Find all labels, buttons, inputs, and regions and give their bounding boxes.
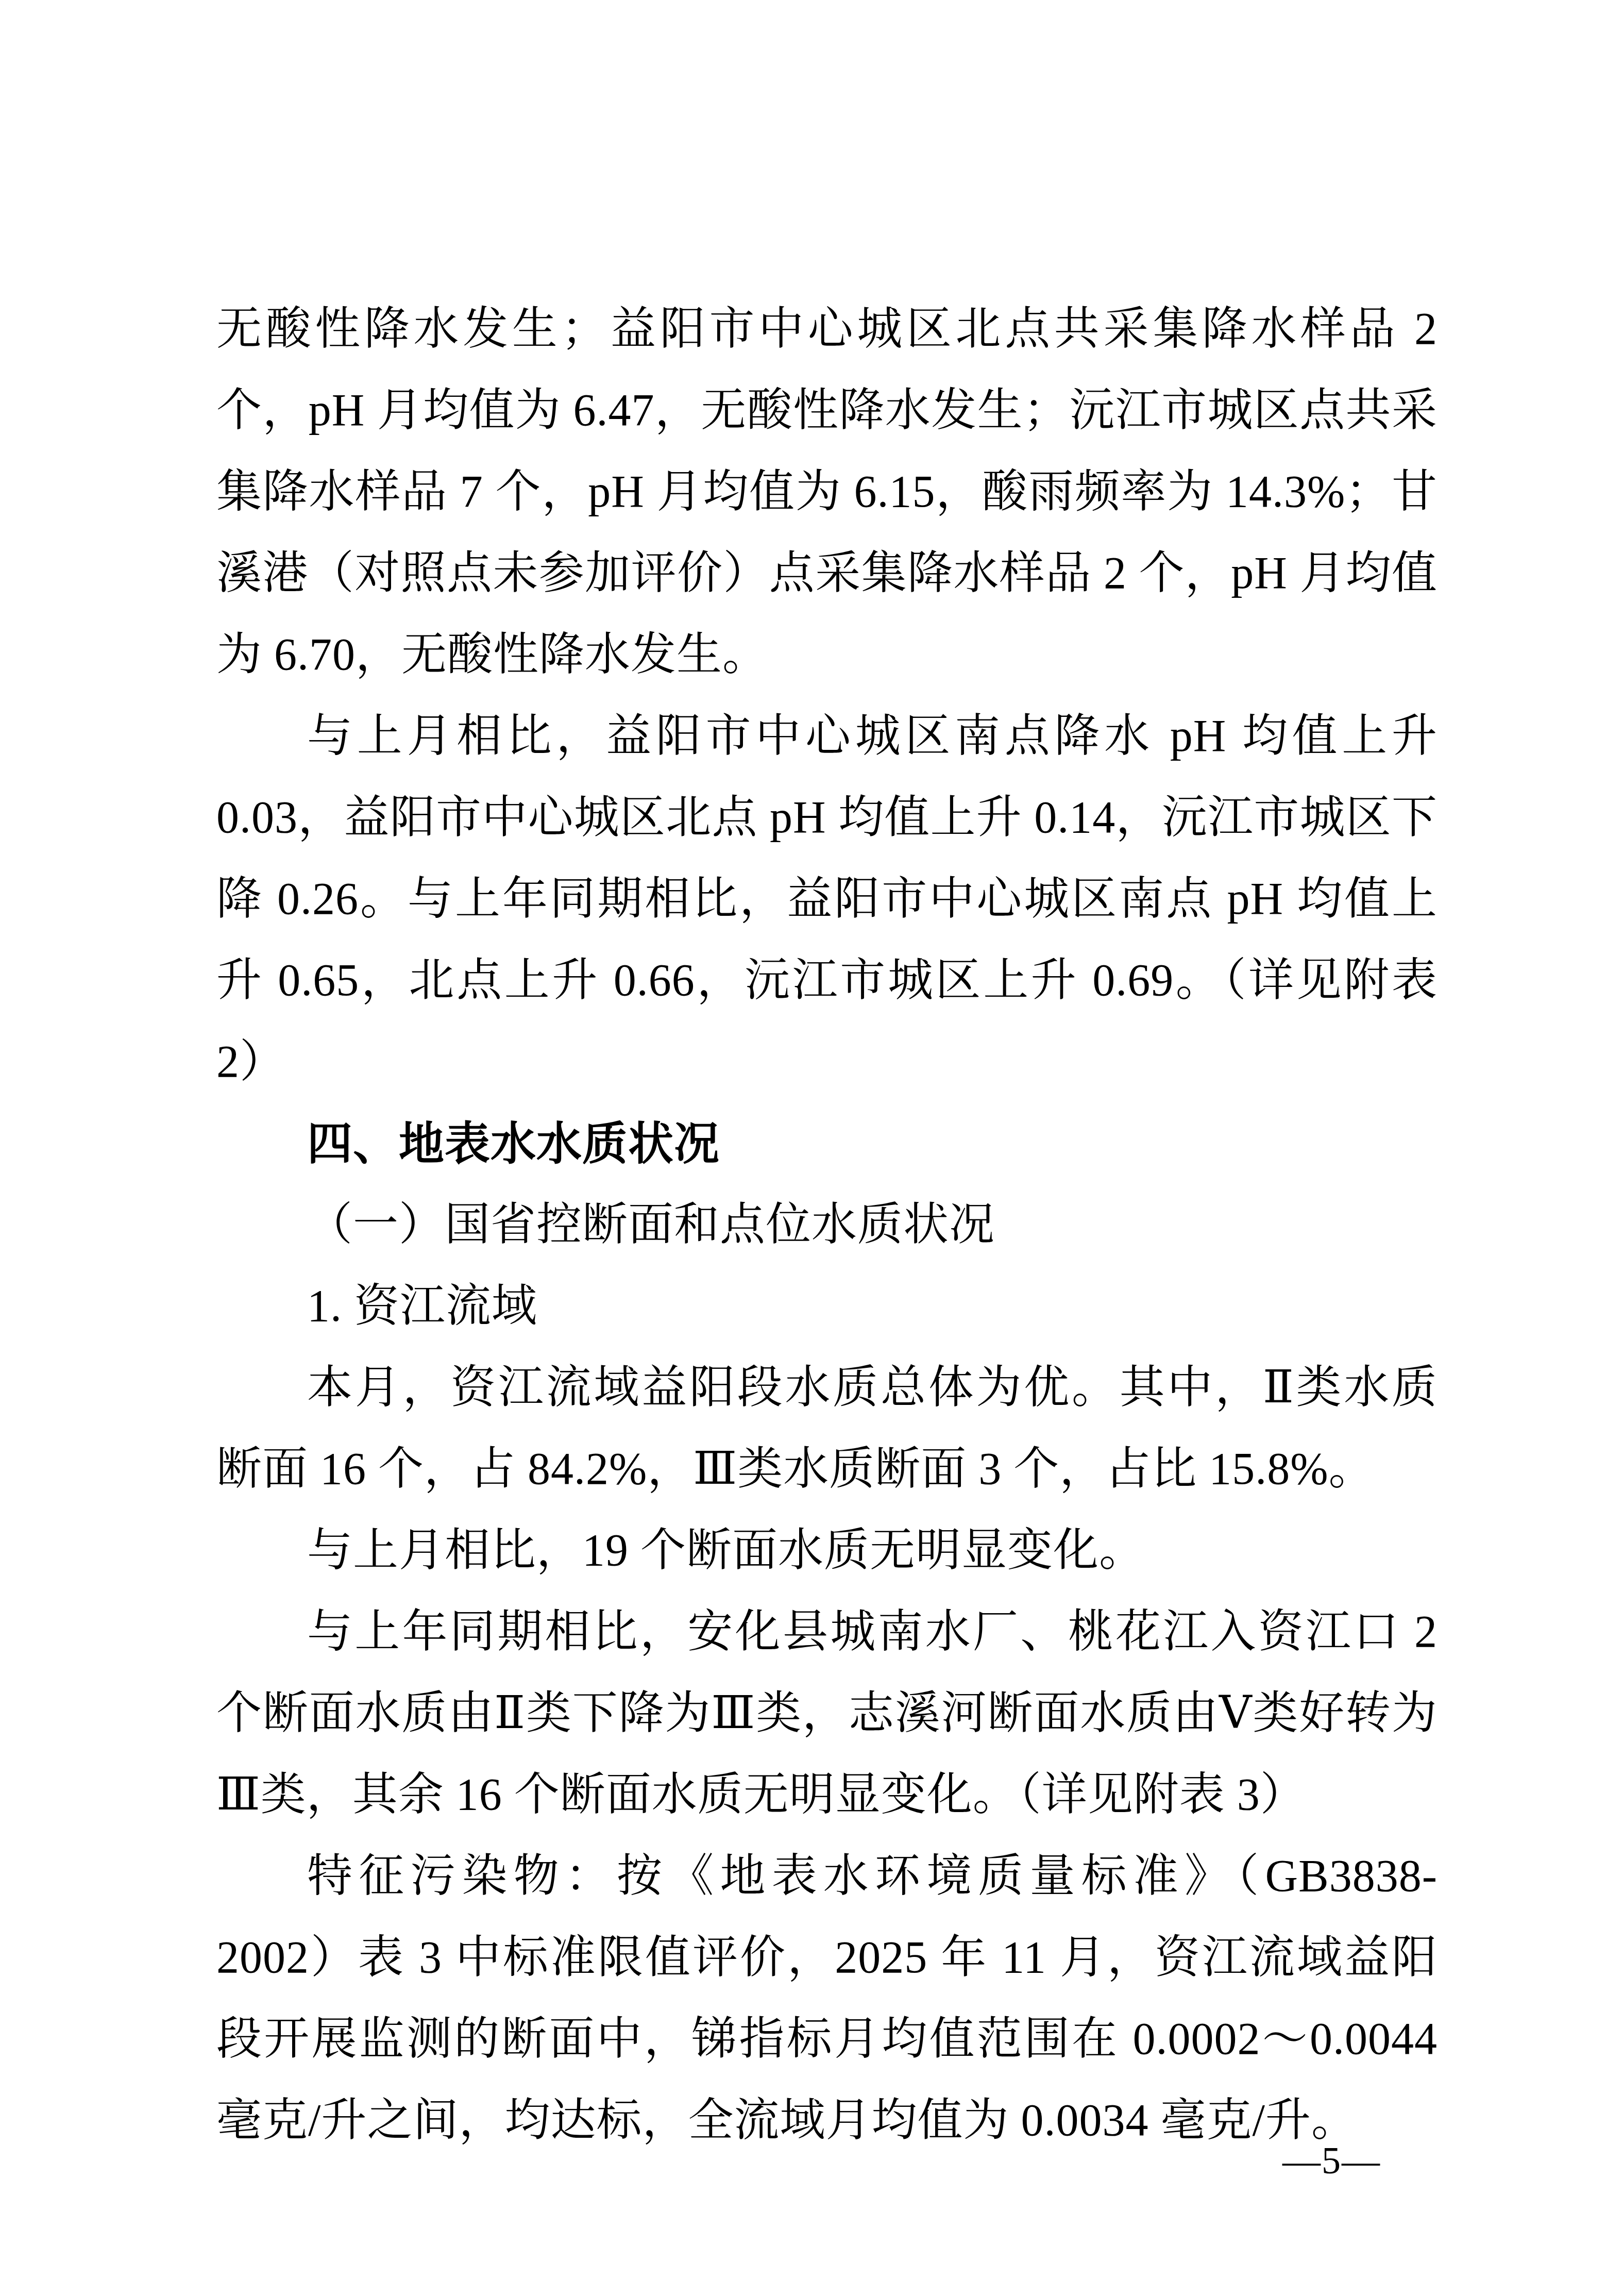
subheading-zijiang-basin: 1. 资江流域: [216, 1266, 1438, 1347]
para-year-on-year-sections: 与上年同期相比，安化县城南水厂、桃花江入资江口 2 个断面水质由Ⅱ类下降为Ⅲ类，…: [216, 1591, 1438, 1836]
para-zijiang-overview: 本月，资江流域益阳段水质总体为优。其中，Ⅱ类水质断面 16 个，占 84.2%，…: [216, 1347, 1438, 1510]
document-page: 无酸性降水发生；益阳市中心城区北点共采集降水样品 2 个，pH 月均值为 6.4…: [0, 0, 1623, 2296]
heading-surface-water-quality: 四、地表水水质状况: [216, 1103, 1438, 1184]
para-acid-rain-continuation: 无酸性降水发生；益阳市中心城区北点共采集降水样品 2 个，pH 月均值为 6.4…: [216, 289, 1438, 696]
para-characteristic-pollutants: 特征污染物：按《地表水环境质量标准》（GB3838-2002）表 3 中标准限值…: [216, 1836, 1438, 2161]
para-month-on-month-sections: 与上月相比，19 个断面水质无明显变化。: [216, 1510, 1438, 1591]
para-ph-comparison: 与上月相比，益阳市中心城区南点降水 pH 均值上升 0.03，益阳市中心城区北点…: [216, 696, 1438, 1103]
page-number: —5—: [1282, 2133, 1381, 2189]
document-body: 无酸性降水发生；益阳市中心城区北点共采集降水样品 2 个，pH 月均值为 6.4…: [216, 289, 1438, 2161]
subheading-national-provincial-sections: （一）国省控断面和点位水质状况: [216, 1184, 1438, 1266]
